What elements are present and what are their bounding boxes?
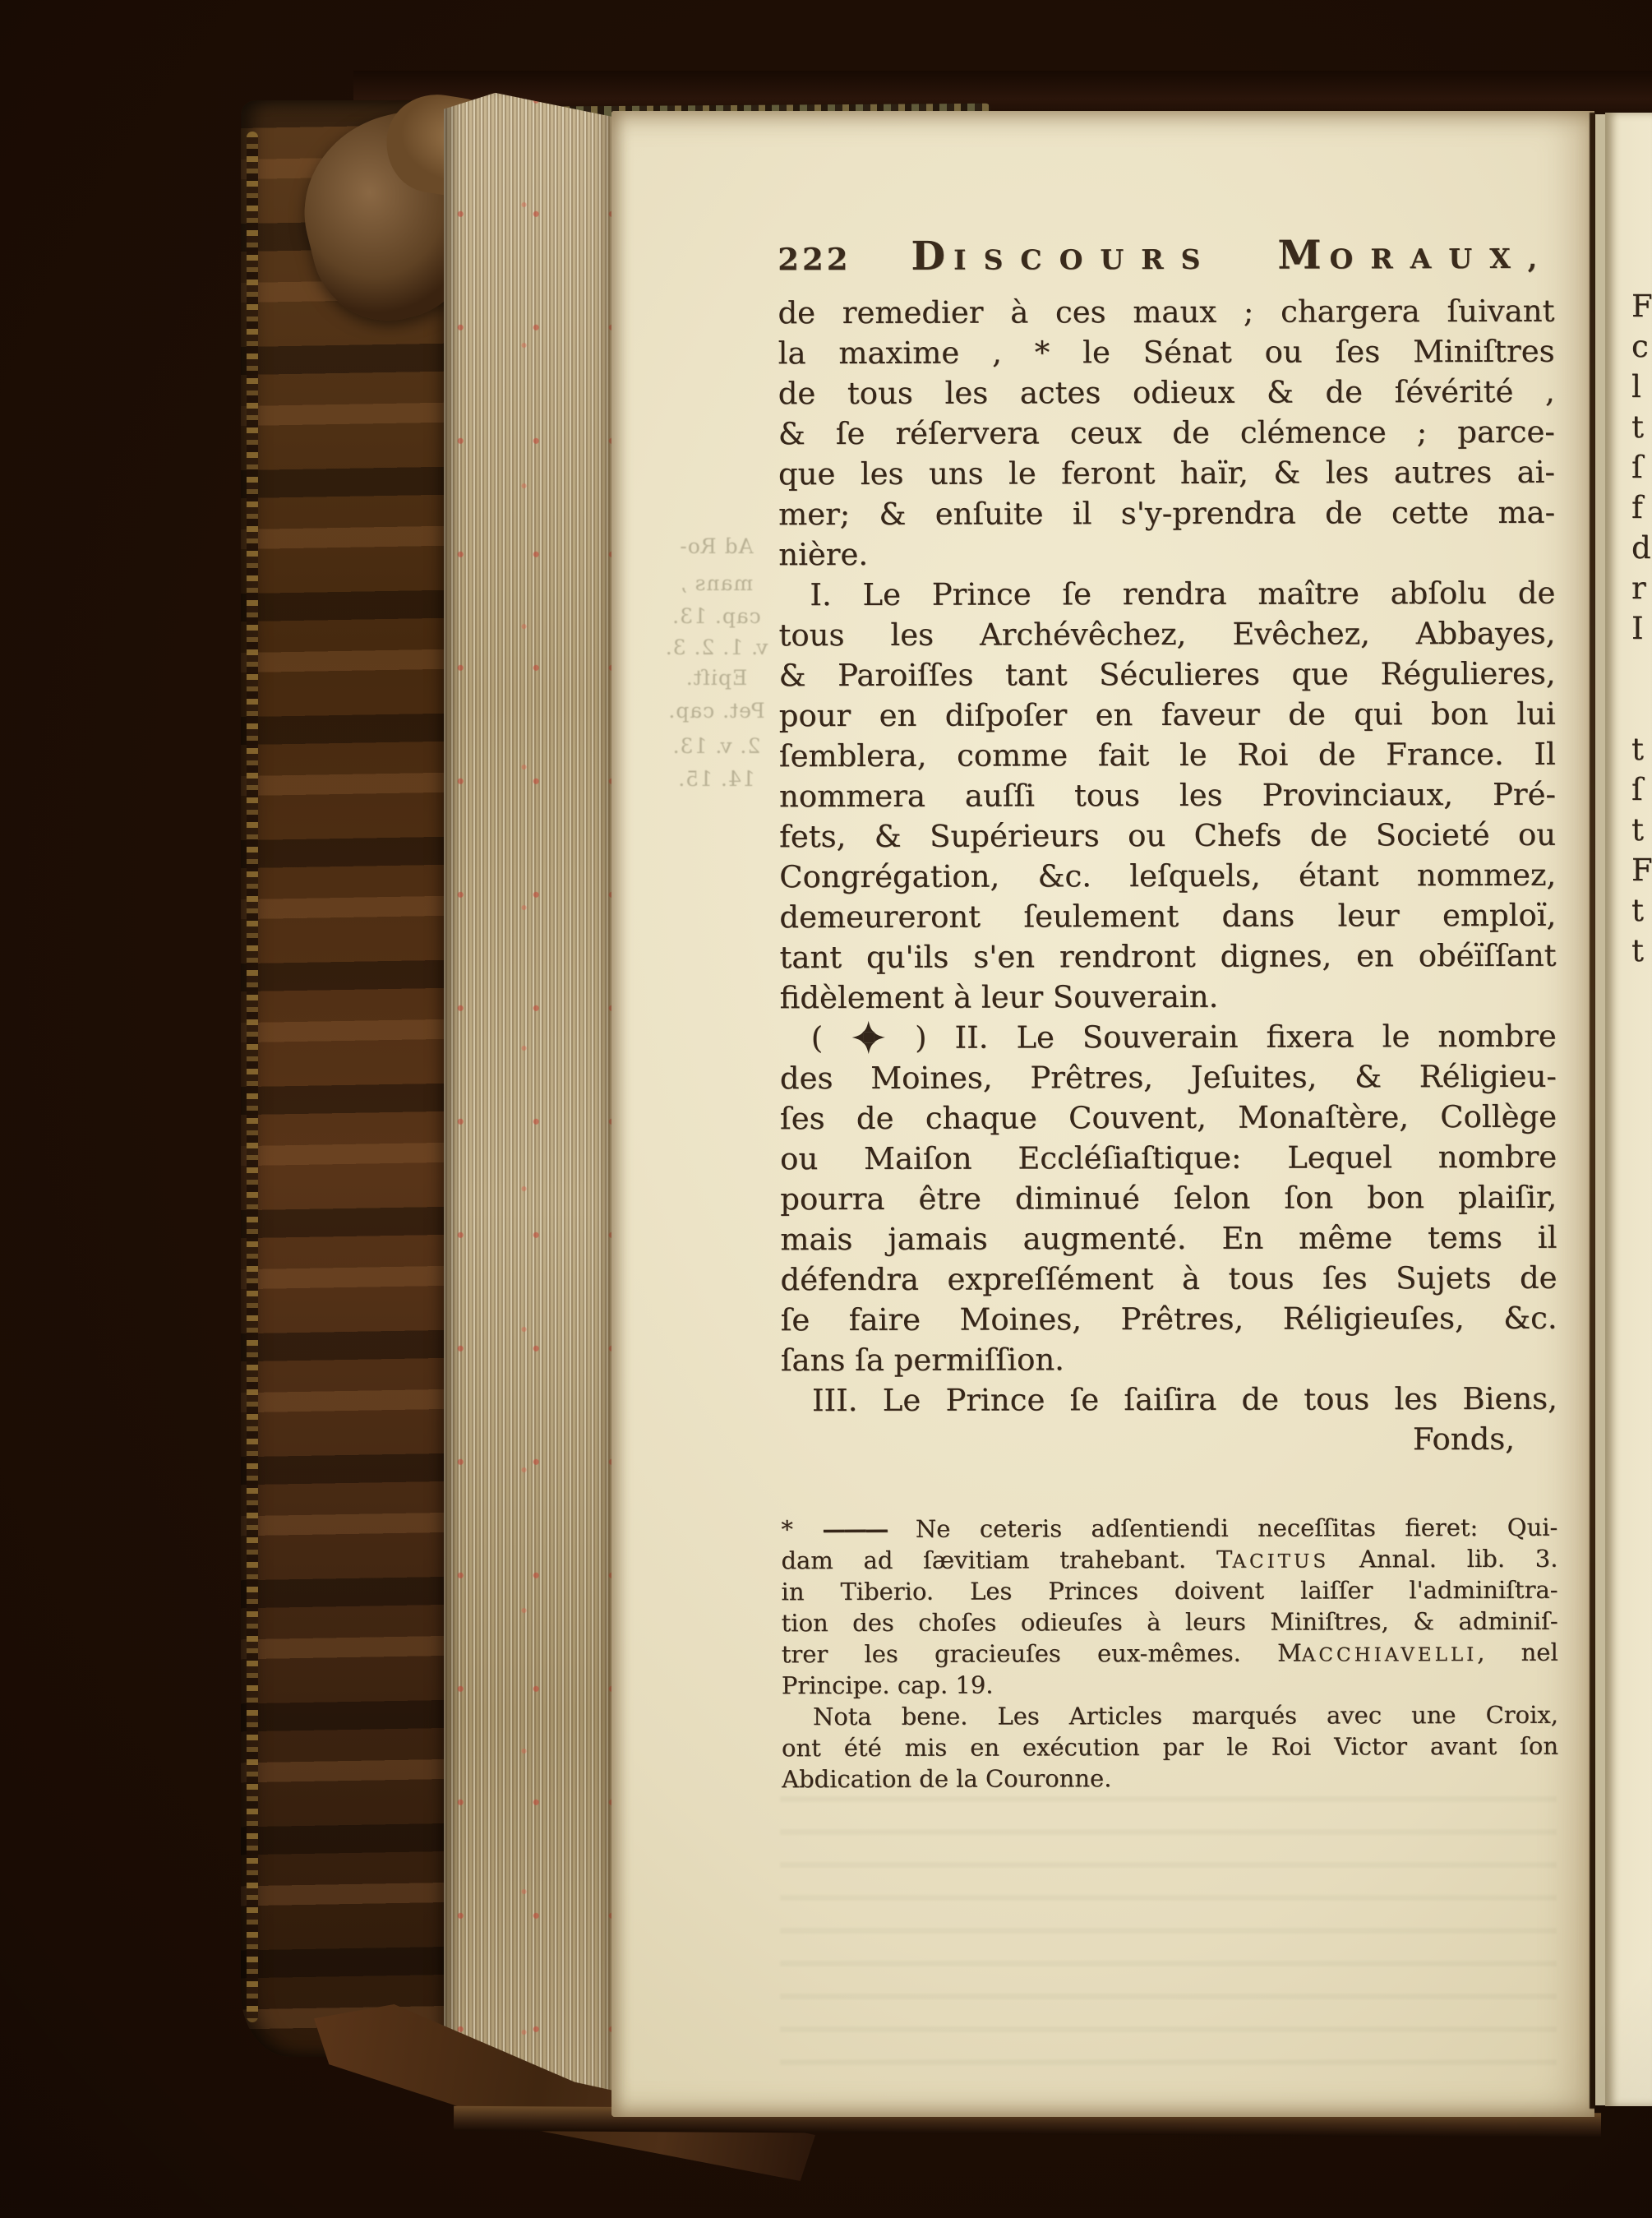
ghost-note-line: mans , bbox=[644, 571, 788, 595]
facing-page-partial-letter: t bbox=[1631, 934, 1644, 968]
footnote-line: * ——— Ne ceteris adſentiendi neceſſitas … bbox=[781, 1512, 1557, 1545]
footnote-line: tion des choſes odieuſes à leurs Miniſtr… bbox=[782, 1606, 1558, 1638]
facing-page-partial-letter: d bbox=[1631, 531, 1651, 566]
footnote-line: dam ad ſævitiam trahebant. TACITUS Annal… bbox=[781, 1543, 1557, 1576]
body-text-line: ( ) II. Le Souverain fixera le nombre bbox=[780, 1016, 1557, 1058]
body-text-line: I. Le Prince ſe rendra maître abſolu de bbox=[778, 573, 1555, 615]
ghost-note-line: v. 1. 2. 3. bbox=[644, 635, 788, 659]
footnote-line: trer les gracieuſes eux-mêmes. MACCHIAVE… bbox=[782, 1637, 1558, 1670]
body-text-line: nière. bbox=[778, 533, 1555, 575]
body-text-line: la maxime , * le Sénat ou ſes Miniſtres bbox=[778, 331, 1555, 373]
spine-stitching bbox=[247, 132, 258, 2022]
footnote-line: in Tiberio. Les Princes doivent laiſſer … bbox=[781, 1574, 1557, 1607]
body-text-line: III. Le Prince ſe ſaiſira de tous les Bi… bbox=[781, 1379, 1557, 1421]
body-text-line: ou Maiſon Eccléſiaſtique: Lequel nombre bbox=[780, 1137, 1557, 1179]
footnote-line: Nota bene. Les Articles marqués avec une… bbox=[782, 1699, 1558, 1732]
body-text-block: de remedier à ces maux ; chargera ſuivan… bbox=[778, 291, 1557, 1461]
body-text-line: nommera auſſi tous les Provinciaux, Pré- bbox=[779, 774, 1556, 816]
facing-page-partial-letter: l bbox=[1631, 370, 1641, 404]
facing-page-partial-letter: ſ bbox=[1631, 451, 1643, 485]
body-text-line: & Paroiſſes tant Séculieres que Régulier… bbox=[779, 654, 1556, 695]
body-text-line: pourra être diminué ſelon ſon bon plaiſi… bbox=[780, 1177, 1557, 1219]
body-text-line: pour en diſpoſer en faveur de qui bon lu… bbox=[779, 694, 1556, 736]
maltese-cross-icon bbox=[851, 1020, 886, 1055]
body-text-line: Congrégation, &c. leſquels, étant nommez… bbox=[779, 855, 1556, 897]
facing-page-partial-letter: F bbox=[1631, 289, 1652, 324]
body-text-line: de remedier à ces maux ; chargera ſuivan… bbox=[778, 291, 1554, 333]
gutter-crease bbox=[1590, 113, 1595, 2109]
printed-text: 222 DISCOURS MORAUX, de remedier à ces m… bbox=[778, 110, 1559, 2118]
facing-page-partial-letter: r bbox=[1631, 571, 1646, 606]
ghost-note-line: 14. 15. bbox=[644, 767, 788, 791]
body-text-line: de tous les actes odieux & de ſévérité , bbox=[778, 372, 1555, 414]
ghost-note-line: 2. v. 13. bbox=[644, 734, 788, 758]
page-number: 222 bbox=[778, 241, 851, 277]
body-text-line: fets, & Supérieurs ou Chefs de Societé o… bbox=[779, 815, 1556, 857]
footnote-line: ont été mis en exécution par le Roi Vict… bbox=[782, 1731, 1558, 1763]
page-header: 222 DISCOURS MORAUX, bbox=[778, 232, 1554, 280]
footnote-line: Abdication de la Couronne. bbox=[782, 1762, 1558, 1795]
body-text-line: Fonds, bbox=[781, 1419, 1557, 1461]
body-text-line: tous les Archévêchez, Evêchez, Abbayes, bbox=[778, 613, 1555, 655]
footnote-block: * ——— Ne ceteris adſentiendi neceſſitas … bbox=[781, 1512, 1558, 1795]
body-text-line: demeureront ſeulement dans leur emploï, bbox=[779, 895, 1556, 937]
running-title-word: MORAUX, bbox=[1277, 232, 1554, 279]
body-text-line: ſemblera, comme fait le Roi de France. I… bbox=[779, 734, 1556, 776]
footnote-line: Principe. cap. 19. bbox=[782, 1668, 1558, 1701]
facing-page-partial-letter: ſ bbox=[1631, 773, 1643, 807]
ghost-note-line: cap. 13. bbox=[644, 604, 788, 628]
facing-page-partial-letter: f bbox=[1631, 491, 1643, 525]
body-text-line: que les uns le feront haïr, & les autres… bbox=[778, 452, 1555, 494]
body-text-line: défendra expreſſément à tous ſes Sujets … bbox=[780, 1258, 1557, 1300]
body-text-line: ſes de chaque Couvent, Monaſtère, Collèg… bbox=[780, 1097, 1557, 1139]
body-text-line: ſe faire Moines, Prêtres, Réligieuſes, &… bbox=[781, 1298, 1557, 1340]
book-photograph: Ad Ro-mans ,cap. 13.v. 1. 2. 3.Epiſt.Pet… bbox=[0, 0, 1652, 2218]
page-block-fore-edge bbox=[444, 85, 615, 2122]
body-text-line: ſans ſa permiſſion. bbox=[781, 1338, 1557, 1380]
body-text-line: fidèlement à leur Souverain. bbox=[780, 976, 1557, 1018]
body-text-line: & ſe réſervera ceux de clémence ; parce- bbox=[778, 412, 1555, 454]
facing-page-sliver: FcltſfdrItſtFtt bbox=[1605, 113, 1652, 2106]
body-text-line: mer; & enſuite il s'y-prendra de cette m… bbox=[778, 492, 1555, 534]
ghost-margin-notes: Ad Ro-mans ,cap. 13.v. 1. 2. 3.Epiſt.Pet… bbox=[644, 111, 788, 851]
book-spine-binding bbox=[241, 100, 448, 2057]
ghost-note-line: Pet. cap. bbox=[644, 699, 788, 723]
body-text-line: des Moines, Prêtres, Jeſuites, & Réligie… bbox=[780, 1056, 1557, 1098]
facing-page-partial-letter: I bbox=[1631, 612, 1644, 646]
running-title-word: DISCOURS bbox=[911, 233, 1217, 280]
gutter-highlight bbox=[1595, 114, 1605, 2105]
body-text-line: mais jamais augmenté. En même tems il bbox=[780, 1218, 1557, 1259]
facing-page-partial-letter: F bbox=[1631, 853, 1652, 888]
ghost-note-line: Ad Ro- bbox=[644, 534, 788, 558]
facing-page-partial-letter: t bbox=[1631, 410, 1644, 445]
facing-page-partial-letter: t bbox=[1631, 894, 1644, 928]
ghost-note-line: Epiſt. bbox=[644, 666, 788, 690]
facing-page-partial-letter: t bbox=[1631, 732, 1644, 767]
body-text-line: tant qu'ils s'en rendront dignes, en obé… bbox=[779, 936, 1556, 977]
facing-page-partial-letter: c bbox=[1631, 330, 1649, 364]
book-page: Ad Ro-mans ,cap. 13.v. 1. 2. 3.Epiſt.Pet… bbox=[611, 111, 1594, 2117]
facing-page-partial-letter: t bbox=[1631, 813, 1644, 848]
